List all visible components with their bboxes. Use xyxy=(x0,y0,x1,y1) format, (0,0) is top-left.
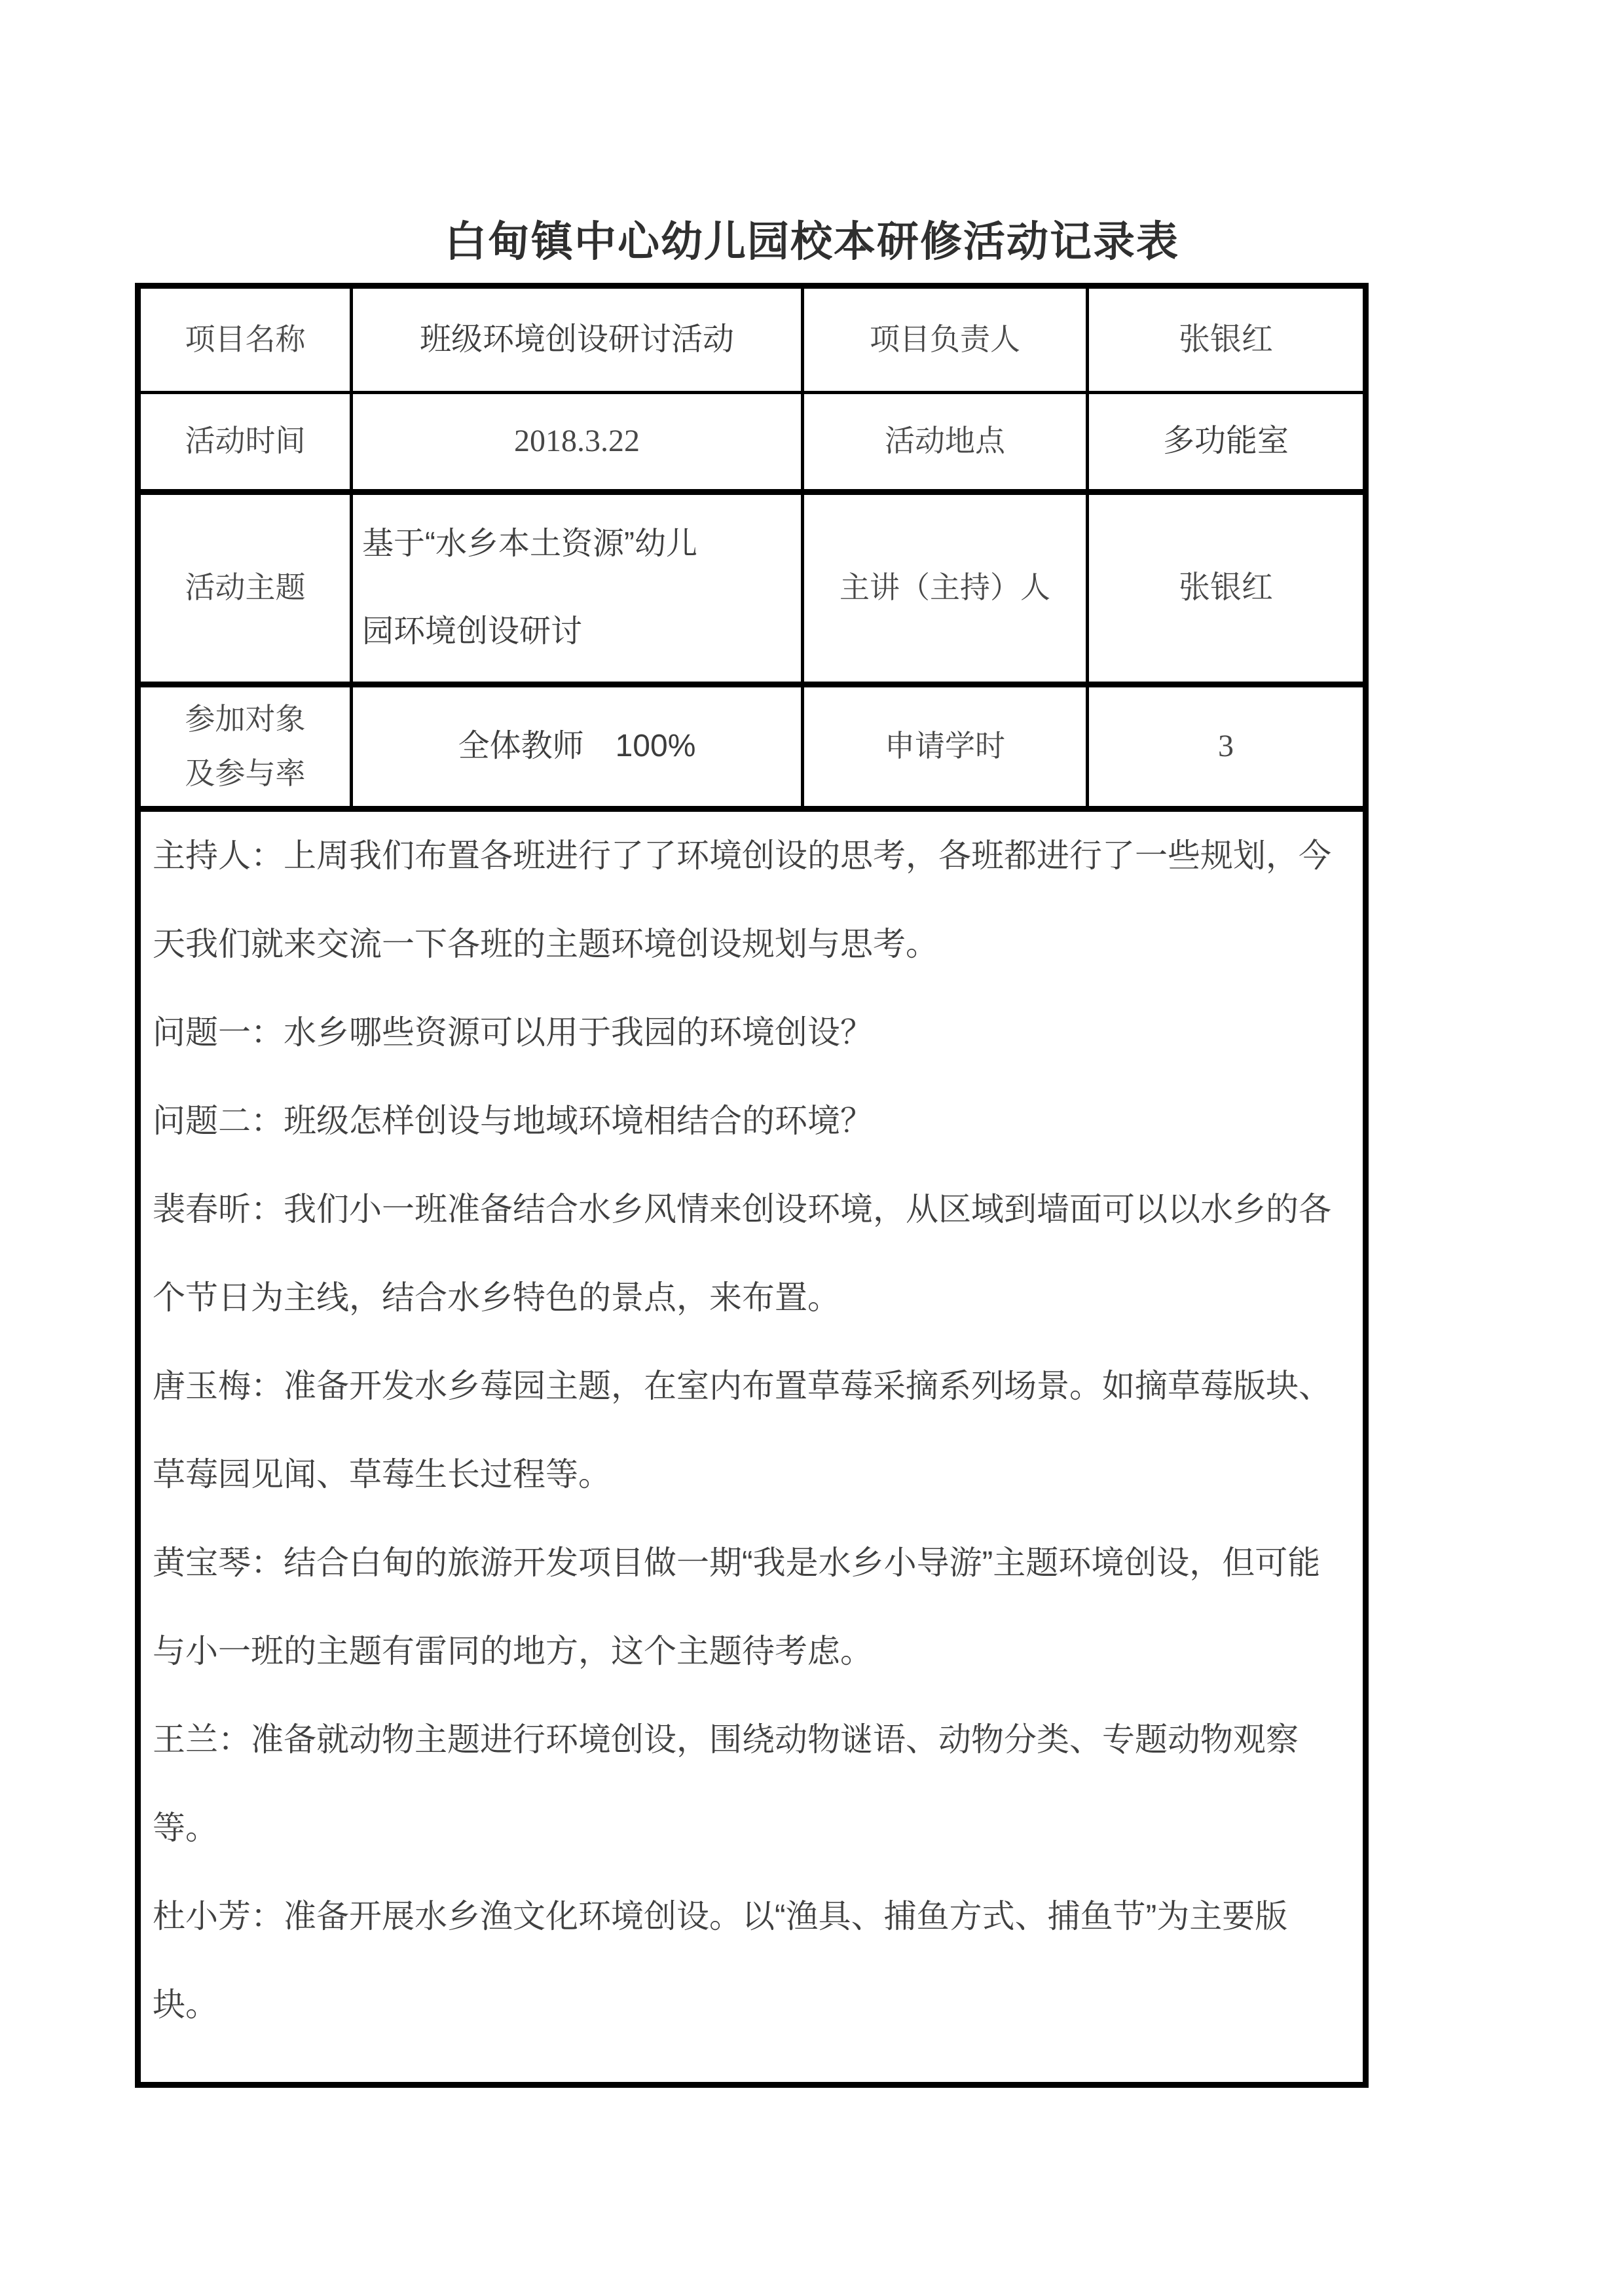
paragraph-tang-yumei: 唐玉梅：准备开发水乡莓园主题，在室内布置草莓采摘系列场景。如摘草莓版块、草莓园见… xyxy=(153,1342,1343,1519)
document-title: 白甸镇中心幼儿园校本研修活动记录表 xyxy=(0,208,1624,268)
project-name-value: 班级环境创设研讨活动 xyxy=(352,286,803,393)
participants-value: 全体教师 100% xyxy=(352,684,803,809)
activity-time-label: 活动时间 xyxy=(138,393,352,492)
paragraph-pei-chunxin: 裴春昕：我们小一班准备结合水乡风情来创设环境，从区域到墙面可以以水乡的各个节日为… xyxy=(153,1165,1343,1342)
activity-theme-value: 基于“水乡本土资源”幼儿 园环境创设研讨 xyxy=(352,492,803,685)
activity-theme-label: 活动主题 xyxy=(138,492,352,685)
row-activity-theme: 活动主题 基于“水乡本土资源”幼儿 园环境创设研讨 主讲（主持）人 张银红 xyxy=(138,492,1366,685)
paragraph-du-xiaofang: 杜小芳：准备开展水乡渔文化环境创设。以“渔具、捕鱼方式、捕鱼节”为主要版块。 xyxy=(153,1872,1343,2049)
project-leader-label: 项目负责人 xyxy=(803,286,1088,393)
activity-record-table: 项目名称 班级环境创设研讨活动 项目负责人 张银红 活动时间 2018.3.22… xyxy=(135,283,1369,2088)
paragraph-host-intro: 主持人：上周我们布置各班进行了了环境创设的思考，各班都进行了一些规划，今天我们就… xyxy=(153,812,1343,989)
activity-place-label: 活动地点 xyxy=(803,393,1088,492)
row-activity-time: 活动时间 2018.3.22 活动地点 多功能室 xyxy=(138,393,1366,492)
meeting-record-content: 主持人：上周我们布置各班进行了了环境创设的思考，各班都进行了一些规划，今天我们就… xyxy=(138,809,1366,2085)
paragraph-huang-baoqin: 黄宝琴：结合白甸的旅游开发项目做一期“我是水乡小导游”主题环境创设，但可能与小一… xyxy=(153,1519,1343,1696)
speaker-label: 主讲（主持）人 xyxy=(803,492,1088,685)
credit-hours-label: 申请学时 xyxy=(803,684,1088,809)
participants-label: 参加对象 及参与率 xyxy=(138,684,352,809)
row-meeting-record: 主持人：上周我们布置各班进行了了环境创设的思考，各班都进行了一些规划，今天我们就… xyxy=(138,809,1366,2085)
credit-hours-value: 3 xyxy=(1088,684,1366,809)
row-participants: 参加对象 及参与率 全体教师 100% 申请学时 3 xyxy=(138,684,1366,809)
project-leader-value: 张银红 xyxy=(1088,286,1366,393)
paragraph-wang-lan: 王兰：准备就动物主题进行环境创设，围绕动物谜语、动物分类、专题动物观察等。 xyxy=(153,1696,1343,1872)
row-project-name: 项目名称 班级环境创设研讨活动 项目负责人 张银红 xyxy=(138,286,1366,393)
speaker-value: 张银红 xyxy=(1088,492,1366,685)
paragraph-question-2: 问题二：班级怎样创设与地域环境相结合的环境？ xyxy=(153,1077,1343,1165)
paragraph-question-1: 问题一：水乡哪些资源可以用于我园的环境创设？ xyxy=(153,989,1343,1077)
activity-place-value: 多功能室 xyxy=(1088,393,1366,492)
activity-time-value: 2018.3.22 xyxy=(352,393,803,492)
project-name-label: 项目名称 xyxy=(138,286,352,393)
